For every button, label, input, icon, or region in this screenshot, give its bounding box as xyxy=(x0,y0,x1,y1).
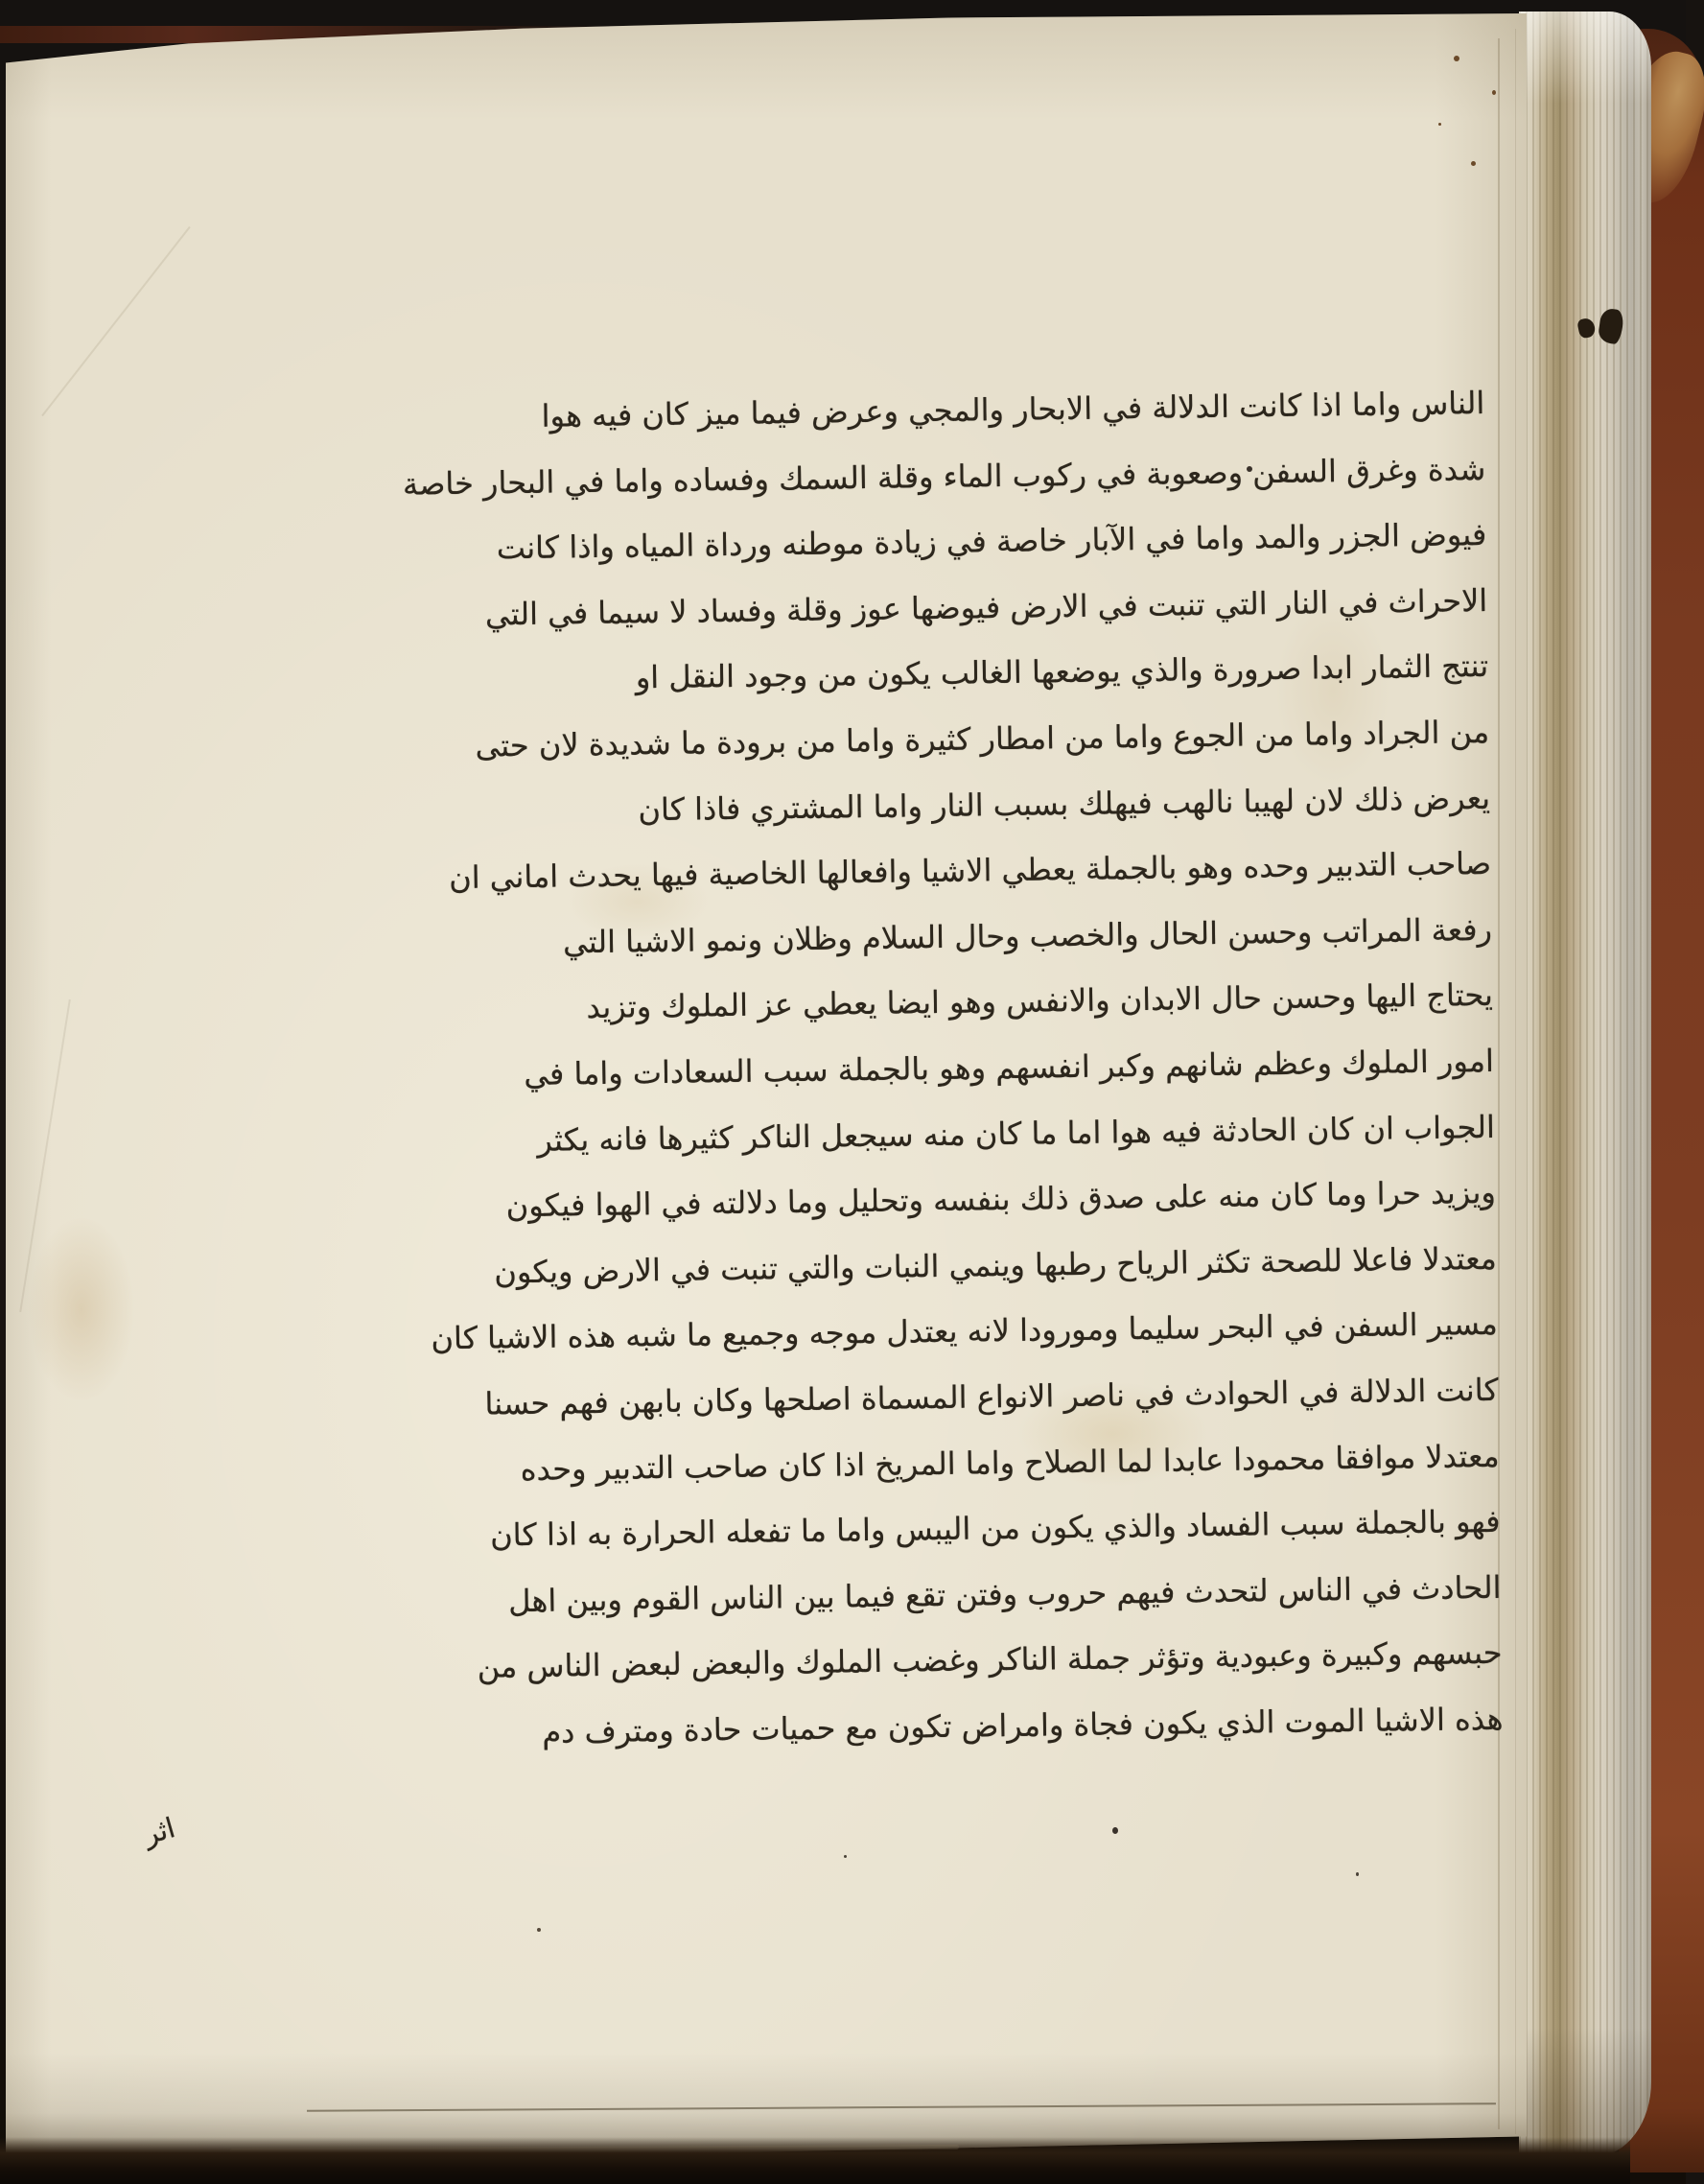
ink-speck xyxy=(1356,1872,1359,1876)
fore-edge-shadow xyxy=(1519,2005,1651,2156)
paper-crease xyxy=(1498,38,1500,2129)
foxing-speck xyxy=(1492,90,1496,95)
foxing-speck xyxy=(1454,56,1459,61)
ink-speck xyxy=(537,1928,541,1932)
fore-edge-highlight xyxy=(1519,12,1651,127)
foxing-speck xyxy=(1471,161,1476,166)
handwritten-text-block: الناس واما اذا كانت الدلالة في الابحار و… xyxy=(102,370,1504,1778)
bottom-gutter-shadow xyxy=(0,2137,1630,2184)
foxing-speck xyxy=(1438,123,1441,126)
manuscript-photo: الناس واما اذا كانت الدلالة في الابحار و… xyxy=(0,0,1704,2184)
ink-speck xyxy=(844,1855,847,1858)
ink-speck xyxy=(1112,1827,1118,1834)
paper-crease xyxy=(1515,29,1516,2134)
